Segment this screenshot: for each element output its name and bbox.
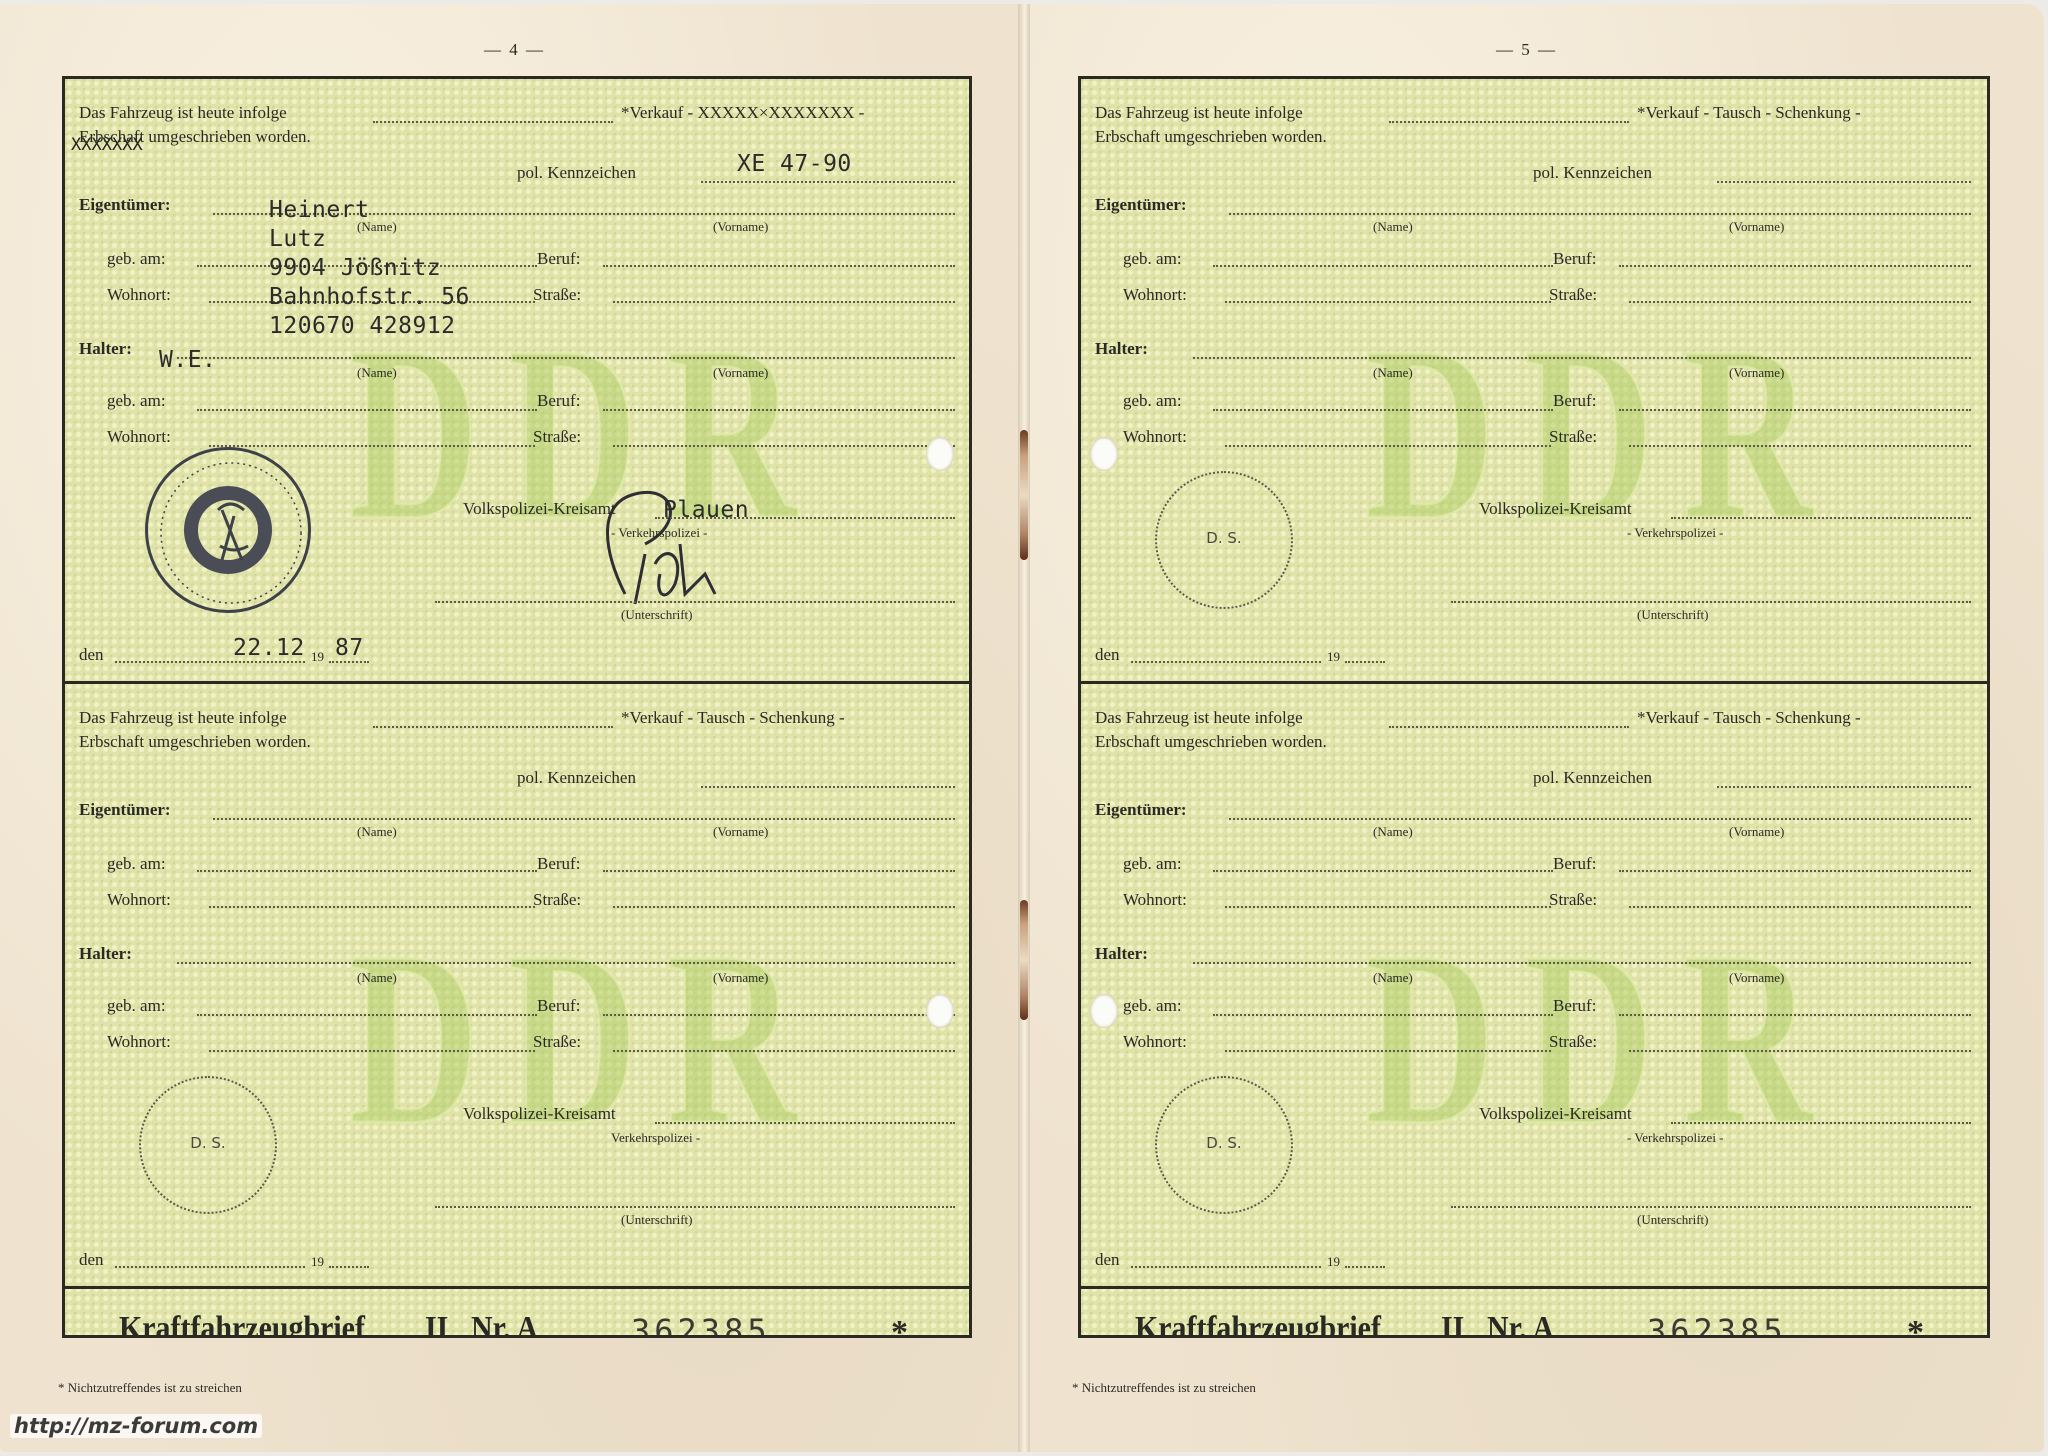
seal-placeholder: D. S. xyxy=(1155,471,1293,609)
dotted-field-line xyxy=(1451,1206,1971,1208)
dotted-field-line xyxy=(1193,357,1971,359)
beruf-label: Beruf: xyxy=(537,996,580,1016)
star-icon: * xyxy=(891,1314,908,1338)
unterschrift-caption: (Unterschrift) xyxy=(1637,607,1708,623)
punch-hole xyxy=(1090,437,1118,471)
beruf-label: Beruf: xyxy=(1553,391,1596,411)
halter-label: Halter: xyxy=(1095,339,1148,359)
footnote: * Nichtzutreffendes ist zu streichen xyxy=(1072,1380,1256,1396)
kennzeichen-label: pol. Kennzeichen xyxy=(1533,163,1652,183)
beruf-label: Beruf: xyxy=(537,391,580,411)
seal-placeholder: D. S. xyxy=(139,1076,277,1214)
geb-label: geb. am: xyxy=(1123,391,1182,411)
ddr-watermark: DDR xyxy=(1365,914,1841,1164)
dotted-field-line xyxy=(197,870,537,872)
unterschrift-caption: (Unterschrift) xyxy=(621,607,692,623)
geb-label: geb. am: xyxy=(1123,249,1182,269)
den-label: den xyxy=(1095,1250,1120,1270)
punch-hole xyxy=(926,437,954,471)
name-caption: (Name) xyxy=(357,970,397,986)
wohnort-label: Wohnort: xyxy=(107,890,171,910)
kreisamt-label: Volkspolizei-Kreisamt xyxy=(463,499,616,519)
den-label: den xyxy=(79,1250,104,1270)
den-label: den xyxy=(79,645,104,665)
vorname-caption: (Vorname) xyxy=(713,365,768,381)
dotted-field-line xyxy=(373,121,613,123)
unterschrift-caption: (Unterschrift) xyxy=(1637,1212,1708,1228)
document-nr-label: Nr. A xyxy=(471,1310,538,1338)
dotted-field-line xyxy=(177,357,955,359)
strasse-label: Straße: xyxy=(1549,285,1597,305)
transfer-reasons: *Verkauf - XXXXX×XXXXXXX - xyxy=(621,103,864,123)
wohnort-label: Wohnort: xyxy=(1123,1032,1187,1052)
dotted-field-line xyxy=(1225,906,1551,908)
name-caption: (Name) xyxy=(1373,219,1413,235)
owner-typed-line[interactable]: Lutz xyxy=(269,226,326,252)
page-number: — 4 — xyxy=(484,40,545,60)
dotted-field-line xyxy=(373,726,613,728)
halter-label: Halter: xyxy=(79,944,132,964)
dotted-field-line xyxy=(1389,726,1629,728)
transfer-entry: DDRDas Fahrzeug ist heute infolge*Verkau… xyxy=(1081,684,1987,1289)
intro-text: Das Fahrzeug ist heute infolge xyxy=(1095,708,1303,728)
footnote: * Nichtzutreffendes ist zu streichen xyxy=(58,1380,242,1396)
halter-label: Halter: xyxy=(1095,944,1148,964)
dotted-field-line xyxy=(1629,301,1971,303)
dotted-field-line xyxy=(613,445,955,447)
dotted-field-line xyxy=(1193,962,1971,964)
dotted-field-line xyxy=(1225,1050,1551,1052)
dotted-field-line xyxy=(1213,870,1553,872)
dotted-field-line xyxy=(1717,181,1971,183)
beruf-label: Beruf: xyxy=(1553,249,1596,269)
dotted-field-line xyxy=(197,1014,537,1016)
dotted-field-line xyxy=(1717,786,1971,788)
intro-text-2: Erbschaft umgeschrieben worden. xyxy=(1095,127,1327,147)
halter-field[interactable]: W.E. xyxy=(159,347,216,373)
year-field[interactable]: 87 xyxy=(335,635,364,661)
dotted-field-line xyxy=(1213,1014,1553,1016)
seal-placeholder-text: D. S. xyxy=(141,1134,275,1152)
dotted-field-line xyxy=(1131,661,1321,663)
strasse-label: Straße: xyxy=(533,1032,581,1052)
date-field[interactable]: 22.12 xyxy=(233,635,305,661)
dotted-field-line xyxy=(197,409,537,411)
beruf-label: Beruf: xyxy=(537,249,580,269)
transfer-reasons: *Verkauf - Tausch - Schenkung - xyxy=(1637,708,1861,728)
vorname-caption: (Vorname) xyxy=(713,824,768,840)
year-prefix: 19 xyxy=(311,649,324,665)
year-prefix: 19 xyxy=(311,1254,324,1270)
eigentuemer-label: Eigentümer: xyxy=(79,800,171,820)
wohnort-label: Wohnort: xyxy=(1123,285,1187,305)
intro-text: Das Fahrzeug ist heute infolge xyxy=(79,103,287,123)
staple-icon xyxy=(1020,430,1028,560)
strasse-label: Straße: xyxy=(1549,1032,1597,1052)
document-footer: KraftfahrzeugbriefIINr. A362385* xyxy=(65,1292,969,1335)
dotted-field-line xyxy=(329,1266,369,1268)
name-caption: (Name) xyxy=(1373,365,1413,381)
owner-typed-line[interactable]: 120670 428912 xyxy=(269,313,456,339)
dotted-field-line xyxy=(1629,445,1971,447)
vorname-caption: (Vorname) xyxy=(1729,365,1784,381)
page-number: — 5 — xyxy=(1496,40,1557,60)
strasse-label: Straße: xyxy=(1549,427,1597,447)
dotted-field-line xyxy=(177,962,955,964)
dotted-field-line xyxy=(1225,301,1551,303)
unterschrift-caption: (Unterschrift) xyxy=(621,1212,692,1228)
dotted-field-line xyxy=(209,1050,535,1052)
dotted-field-line xyxy=(655,1122,955,1124)
dotted-field-line xyxy=(1131,1266,1321,1268)
document-footer: KraftfahrzeugbriefIINr. A362385* xyxy=(1081,1292,1987,1335)
wohnort-label: Wohnort: xyxy=(107,285,171,305)
dotted-field-line xyxy=(701,786,955,788)
kreisamt-label: Volkspolizei-Kreisamt xyxy=(463,1104,616,1124)
site-watermark-link[interactable]: http://mz-forum.com xyxy=(10,1414,262,1438)
geb-label: geb. am: xyxy=(107,996,166,1016)
wohnort-label: Wohnort: xyxy=(107,427,171,447)
kreisamt-label: Volkspolizei-Kreisamt xyxy=(1479,499,1632,519)
transfer-entry: DDRDas Fahrzeug ist heute infolge*Verkau… xyxy=(65,684,969,1289)
transfer-reasons: *Verkauf - Tausch - Schenkung - xyxy=(621,708,845,728)
transfer-reasons: *Verkauf - Tausch - Schenkung - xyxy=(1637,103,1861,123)
book-spine xyxy=(1018,4,1030,1452)
dotted-field-line xyxy=(1229,818,1971,820)
dotted-field-line xyxy=(329,661,369,663)
document-number: 362385 xyxy=(631,1312,771,1338)
kreisamt-label: Volkspolizei-Kreisamt xyxy=(1479,1104,1632,1124)
dotted-field-line xyxy=(613,301,955,303)
dotted-field-line xyxy=(701,181,955,183)
document-nr-label: Nr. A xyxy=(1487,1310,1554,1338)
dotted-field-line xyxy=(1671,1122,1971,1124)
dotted-field-line xyxy=(603,265,955,267)
year-prefix: 19 xyxy=(1327,649,1340,665)
dotted-field-line xyxy=(435,601,955,603)
dotted-field-line xyxy=(1225,445,1551,447)
ddr-watermark: DDR xyxy=(1365,309,1841,559)
dotted-field-line xyxy=(603,1014,955,1016)
den-label: den xyxy=(1095,645,1120,665)
strasse-label: Straße: xyxy=(533,427,581,447)
dotted-field-line xyxy=(213,818,955,820)
dotted-field-line xyxy=(1345,1266,1385,1268)
dotted-field-line xyxy=(1389,121,1629,123)
dotted-field-line xyxy=(1213,265,1553,267)
name-caption: (Name) xyxy=(357,365,397,381)
kennzeichen-label: pol. Kennzeichen xyxy=(1533,768,1652,788)
kennzeichen-field[interactable]: XE 47-90 xyxy=(737,151,852,177)
vorname-caption: (Vorname) xyxy=(713,970,768,986)
vorname-caption: (Vorname) xyxy=(1729,219,1784,235)
staple-icon xyxy=(1020,900,1028,1020)
stamp-emblem-icon xyxy=(148,450,314,616)
verkehrspolizei-label: - Verkehrspolizei - xyxy=(611,525,708,541)
dotted-field-line xyxy=(1619,409,1971,411)
dotted-field-line xyxy=(1629,1050,1971,1052)
verkehrspolizei-label: Verkehrspolizei - xyxy=(611,1130,700,1146)
document-roman-numeral: II xyxy=(425,1310,448,1338)
geb-label: geb. am: xyxy=(107,854,166,874)
dotted-field-line xyxy=(613,906,955,908)
dotted-field-line xyxy=(613,1050,955,1052)
dotted-field-line xyxy=(1619,265,1971,267)
geb-label: geb. am: xyxy=(107,391,166,411)
eigentuemer-label: Eigentümer: xyxy=(1095,195,1187,215)
verkehrspolizei-label: - Verkehrspolizei - xyxy=(1627,1130,1724,1146)
halter-label: Halter: xyxy=(79,339,132,359)
official-stamp xyxy=(145,447,311,613)
star-icon: * xyxy=(1907,1314,1924,1338)
intro-text-2: Erbschaft umgeschrieben worden. xyxy=(79,127,311,147)
owner-typed-line[interactable]: Heinert xyxy=(269,197,369,223)
wohnort-label: Wohnort: xyxy=(107,1032,171,1052)
name-caption: (Name) xyxy=(1373,970,1413,986)
name-caption: (Name) xyxy=(1373,824,1413,840)
dotted-field-line xyxy=(1619,870,1971,872)
beruf-label: Beruf: xyxy=(1553,854,1596,874)
document-title: Kraftfahrzeugbrief xyxy=(1135,1310,1381,1338)
punch-hole xyxy=(1090,994,1118,1028)
dotted-field-line xyxy=(115,1266,305,1268)
kennzeichen-label: pol. Kennzeichen xyxy=(517,163,636,183)
seal-placeholder-text: D. S. xyxy=(1157,529,1291,547)
dotted-field-line xyxy=(1619,1014,1971,1016)
name-caption: (Name) xyxy=(357,824,397,840)
document-roman-numeral: II xyxy=(1441,1310,1464,1338)
strasse-label: Straße: xyxy=(533,890,581,910)
vorname-caption: (Vorname) xyxy=(1729,824,1784,840)
document-title: Kraftfahrzeugbrief xyxy=(119,1310,365,1338)
dotted-field-line xyxy=(1213,409,1553,411)
intro-text: Das Fahrzeug ist heute infolge xyxy=(79,708,287,728)
dotted-field-line xyxy=(603,409,955,411)
document-number: 362385 xyxy=(1647,1312,1787,1338)
dotted-field-line xyxy=(209,445,535,447)
beruf-label: Beruf: xyxy=(1553,996,1596,1016)
intro-text-2: Erbschaft umgeschrieben worden. xyxy=(1095,732,1327,752)
transfer-entry: DDRDas Fahrzeug ist heute infolge*Verkau… xyxy=(65,79,969,684)
geb-label: geb. am: xyxy=(107,249,166,269)
dotted-field-line xyxy=(115,661,305,663)
eigentuemer-label: Eigentümer: xyxy=(79,195,171,215)
registration-form-page: DDRDas Fahrzeug ist heute infolge*Verkau… xyxy=(62,76,972,1338)
dotted-field-line xyxy=(1451,601,1971,603)
kennzeichen-label: pol. Kennzeichen xyxy=(517,768,636,788)
dotted-field-line xyxy=(603,870,955,872)
dotted-field-line xyxy=(209,906,535,908)
verkehrspolizei-label: - Verkehrspolizei - xyxy=(1627,525,1724,541)
geb-label: geb. am: xyxy=(1123,996,1182,1016)
geb-label: geb. am: xyxy=(1123,854,1182,874)
strasse-label: Straße: xyxy=(1549,890,1597,910)
vorname-caption: (Vorname) xyxy=(1729,970,1784,986)
kreisamt-field[interactable]: Plauen xyxy=(663,497,749,523)
seal-placeholder: D. S. xyxy=(1155,1076,1293,1214)
owner-typed-line[interactable]: Bahnhofstr. 56 xyxy=(269,284,470,310)
transfer-entry: DDRDas Fahrzeug ist heute infolge*Verkau… xyxy=(1081,79,1987,684)
registration-form-page: DDRDas Fahrzeug ist heute infolge*Verkau… xyxy=(1078,76,1990,1338)
wohnort-label: Wohnort: xyxy=(1123,427,1187,447)
owner-typed-line[interactable]: 9904 Jößnitz xyxy=(269,255,441,281)
dotted-field-line xyxy=(1345,661,1385,663)
dotted-field-line xyxy=(1671,517,1971,519)
vorname-caption: (Vorname) xyxy=(713,219,768,235)
strasse-label: Straße: xyxy=(533,285,581,305)
year-prefix: 19 xyxy=(1327,1254,1340,1270)
intro-text-2: Erbschaft umgeschrieben worden. xyxy=(79,732,311,752)
dotted-field-line xyxy=(1229,213,1971,215)
punch-hole xyxy=(926,994,954,1028)
dotted-field-line xyxy=(1629,906,1971,908)
wohnort-label: Wohnort: xyxy=(1123,890,1187,910)
dotted-field-line xyxy=(435,1206,955,1208)
ddr-watermark: DDR xyxy=(349,914,825,1164)
intro-text: Das Fahrzeug ist heute infolge xyxy=(1095,103,1303,123)
seal-placeholder-text: D. S. xyxy=(1157,1134,1291,1152)
eigentuemer-label: Eigentümer: xyxy=(1095,800,1187,820)
beruf-label: Beruf: xyxy=(537,854,580,874)
